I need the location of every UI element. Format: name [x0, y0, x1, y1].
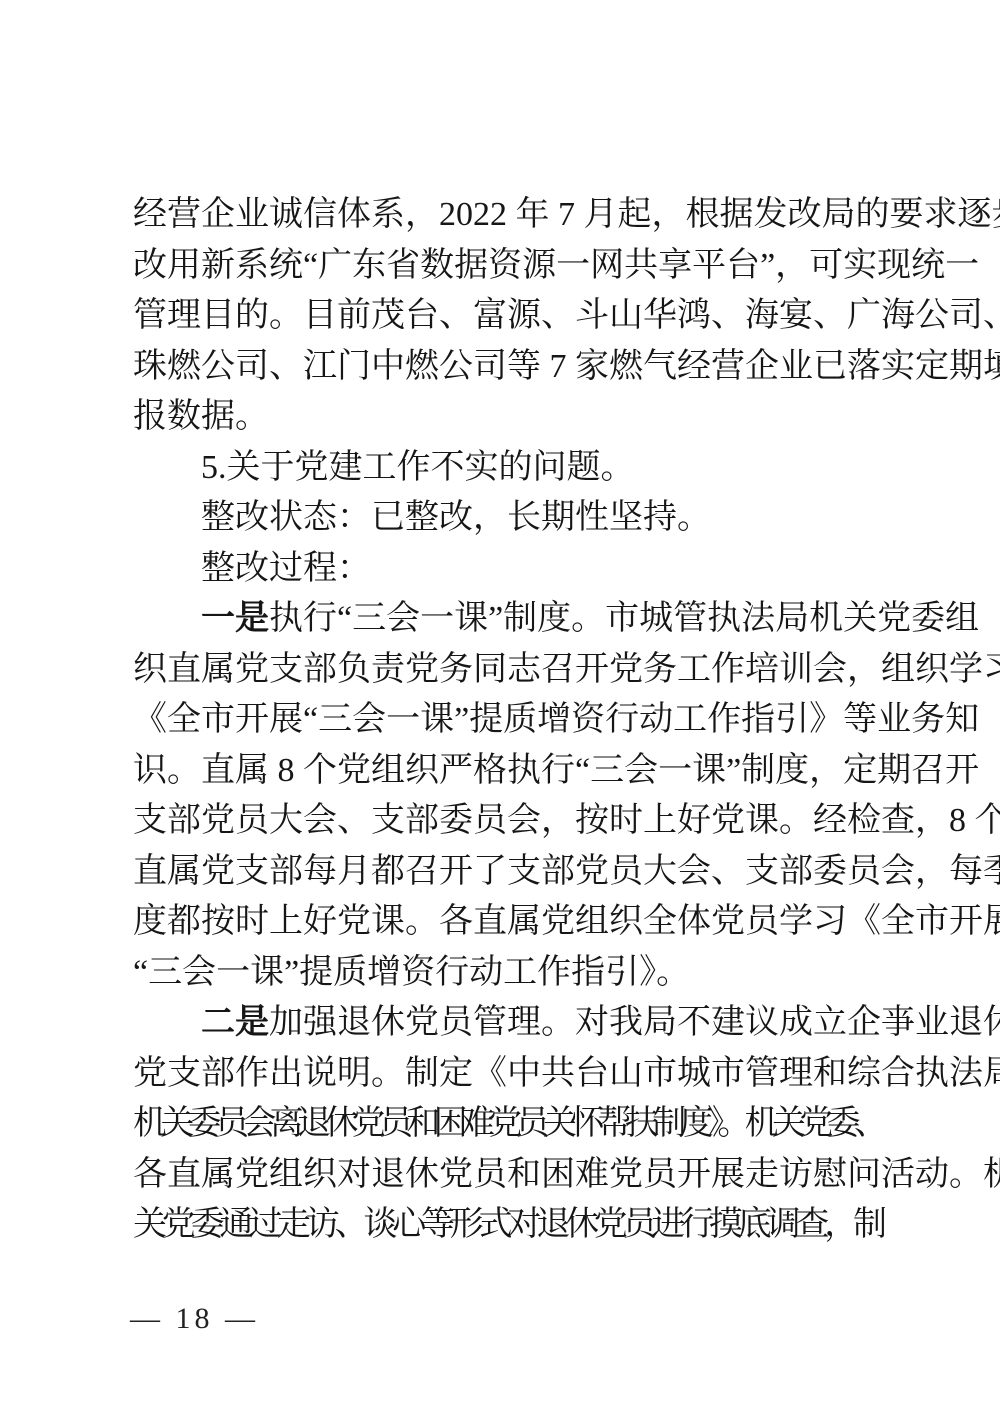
line-text: 改用新系统“广东省数据资源一网共享平台”，可实现统一	[133, 247, 979, 284]
line-text: 5.关于党建工作不实的问题。	[201, 449, 635, 486]
document-body: 经营企业诚信体系，2022 年 7 月起，根据发改局的要求逐步 改用新系统“广东…	[133, 190, 881, 1251]
line-bold-lead: 一是	[201, 600, 269, 637]
line-text: 识。直属 8 个党组织严格执行“三会一课”制度，定期召开	[133, 752, 979, 789]
text-line: 支部党员大会、支部委员会，按时上好党课。经检查，8 个	[133, 796, 881, 847]
text-line-status: 整改状态：已整改，长期性坚持。	[133, 493, 881, 544]
text-line: 度都按时上好党课。各直属党组织全体党员学习《全市开展	[133, 897, 881, 948]
line-text: 各直属党组织对退休党员和困难党员开展走访慰问活动。机	[133, 1156, 1000, 1193]
line-text: 执行“三会一课”制度。市城管执法局机关党委组	[269, 600, 979, 637]
line-text: 整改状态：已整改，长期性坚持。	[201, 499, 711, 536]
text-line: 报数据。	[133, 392, 881, 443]
text-line: 织直属党支部负责党务同志召开党务工作培训会，组织学习	[133, 645, 881, 696]
text-line: “三会一课”提质增资行动工作指引》。	[133, 948, 881, 999]
line-text: 加强退休党员管理。对我局不建议成立企亊业退休	[269, 1004, 1000, 1041]
text-line: 改用新系统“广东省数据资源一网共享平台”，可实现统一	[133, 241, 881, 292]
line-bold-lead: 二是	[201, 1004, 269, 1041]
text-line: 珠燃公司、江门中燃公司等 7 家燃气经营企业已落实定期填	[133, 342, 881, 393]
text-line: 直属党支部每月都召开了支部党员大会、支部委员会，每季	[133, 847, 881, 898]
line-text: 机关委员会离退休党员和困难党员关怀帮扶制度》。机关党委、	[133, 1105, 881, 1142]
text-line: 《全市开展“三会一课”提质增资行动工作指引》等业务知	[133, 695, 881, 746]
line-text: 关党委通过走访、谈心等形式对退休党员进行摸底调查，制	[133, 1206, 881, 1243]
text-line-numbered-item: 5.关于党建工作不实的问题。	[133, 443, 881, 494]
text-line: 一是执行“三会一课”制度。市城管执法局机关党委组	[133, 594, 881, 645]
line-text: 报数据。	[133, 398, 269, 435]
text-line: 识。直属 8 个党组织严格执行“三会一课”制度，定期召开	[133, 746, 881, 797]
line-text: “三会一课”提质增资行动工作指引》。	[133, 954, 690, 991]
line-text: 整改过程：	[201, 550, 371, 587]
text-line-process: 整改过程：	[133, 544, 881, 595]
line-text: 直属党支部每月都召开了支部党员大会、支部委员会，每季	[133, 853, 1000, 890]
line-text: 党支部作出说明。制定《中共台山市城市管理和综合执法局	[133, 1055, 1000, 1092]
text-line: 经营企业诚信体系，2022 年 7 月起，根据发改局的要求逐步	[133, 190, 881, 241]
line-text: 珠燃公司、江门中燃公司等 7 家燃气经营企业已落实定期填	[133, 348, 1000, 385]
line-text: 支部党员大会、支部委员会，按时上好党课。经检查，8 个	[133, 802, 1000, 839]
text-line: 党支部作出说明。制定《中共台山市城市管理和综合执法局	[133, 1049, 881, 1100]
text-line: 关党委通过走访、谈心等形式对退休党员进行摸底调查，制	[133, 1200, 881, 1251]
text-line: 管理目的。目前茂台、富源、斗山华鸿、海宴、广海公司、	[133, 291, 881, 342]
text-line: 机关委员会离退休党员和困难党员关怀帮扶制度》。机关党委、	[133, 1099, 881, 1150]
text-line: 二是加强退休党员管理。对我局不建议成立企亊业退休	[133, 998, 881, 1049]
line-text: 《全市开展“三会一课”提质增资行动工作指引》等业务知	[133, 701, 979, 738]
line-text: 经营企业诚信体系，2022 年 7 月起，根据发改局的要求逐步	[133, 196, 1000, 233]
text-line: 各直属党组织对退休党员和困难党员开展走访慰问活动。机	[133, 1150, 881, 1201]
line-text: 织直属党支部负责党务同志召开党务工作培训会，组织学习	[133, 651, 1000, 688]
document-page: 经营企业诚信体系，2022 年 7 月起，根据发改局的要求逐步 改用新系统“广东…	[0, 0, 1000, 1414]
line-text: 管理目的。目前茂台、富源、斗山华鸿、海宴、广海公司、	[133, 297, 1000, 334]
page-number: — 18 —	[130, 1302, 259, 1336]
line-text: 度都按时上好党课。各直属党组织全体党员学习《全市开展	[133, 903, 1000, 940]
